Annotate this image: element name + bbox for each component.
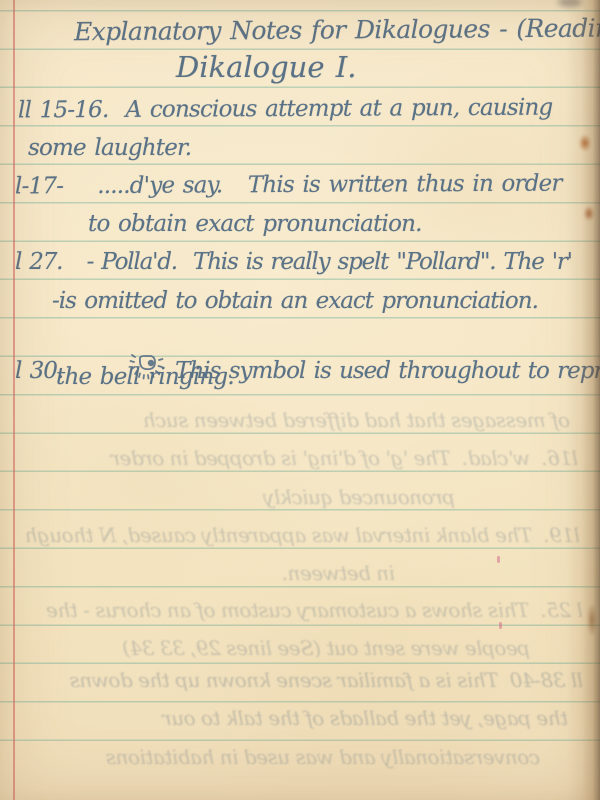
notebook-page: Explanatory Notes for Dikalogues - (Read… — [0, 0, 600, 800]
bleedthrough-line: pronounced quickly — [215, 485, 455, 509]
bleedthrough-line: conversationally and was used in habitat… — [20, 745, 540, 769]
section-title: Dikalogue I. — [176, 50, 356, 84]
note-line: some laughter. — [28, 135, 191, 161]
bleedthrough-line: in between. — [225, 561, 395, 585]
bleedthrough-line: ll 38-40 This is a familiar scene known … — [15, 668, 583, 692]
note-line: l-17- .....d'ye say. This is written thu… — [15, 171, 562, 200]
pink-ink-speck — [499, 622, 502, 629]
page-title: Explanatory Notes for Dikalogues - (Read… — [74, 13, 600, 46]
bleedthrough-line: l 25. This shows a customary custom of a… — [15, 598, 583, 622]
rust-stain — [586, 600, 598, 640]
bleedthrough-line: l16. w'clad. The 'g' of d'ing' is droppe… — [18, 446, 578, 470]
note-line: ll 15-16. A conscious attempt at a pun, … — [18, 95, 553, 124]
note-line-text: This symbol is used throughout to repres… — [175, 358, 600, 384]
rust-stain — [582, 204, 596, 223]
pink-ink-speck — [497, 556, 500, 563]
rust-stain — [577, 132, 593, 154]
bleedthrough-line: the page, yet the ballads of the talk to… — [28, 706, 568, 730]
note-line: the bell ringing. — [56, 364, 234, 390]
note-line: -is omitted to obtain an exact pronuncia… — [52, 288, 538, 314]
note-line: to obtain exact pronunciation. — [88, 211, 422, 237]
ink-smudge — [558, 0, 582, 7]
bleedthrough-line: people were sent out (See lines 29, 33 3… — [60, 636, 530, 660]
note-line: l 27. - Polla'd. This is really spelt "P… — [15, 249, 572, 275]
bleedthrough-line: l19. The blank interval was apparently c… — [18, 523, 580, 547]
